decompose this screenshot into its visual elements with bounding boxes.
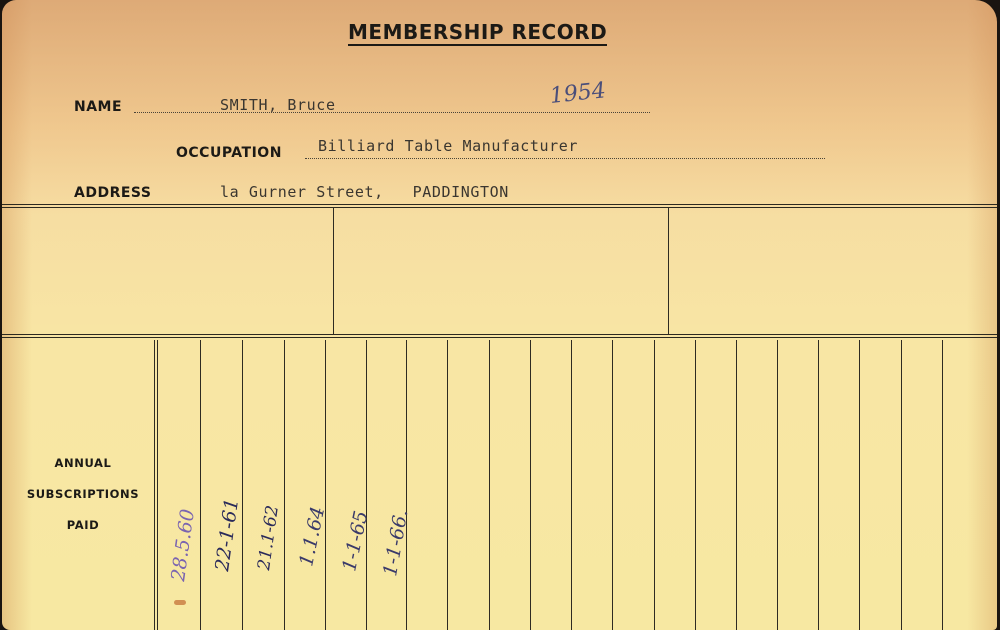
- ink-stain: [174, 600, 186, 605]
- grid-line: [859, 340, 860, 630]
- occupation-dotted-line: [305, 158, 825, 159]
- grid-line: [489, 340, 490, 630]
- grid-line: [901, 340, 902, 630]
- grid-line: [406, 340, 407, 630]
- grid-line: [612, 340, 613, 630]
- name-year-annotation: 1954: [549, 78, 607, 109]
- card-title: MEMBERSHIP RECORD: [348, 20, 607, 46]
- grid-line: [242, 340, 243, 630]
- grid-line-left-double-b: [157, 340, 158, 630]
- grid-line: [200, 340, 201, 630]
- lower-double-rule: [2, 334, 997, 338]
- grid-line: [571, 340, 572, 630]
- occupation-label: OCCUPATION: [176, 145, 282, 161]
- subscriptions-label-paid: PAID: [8, 518, 158, 532]
- grid-line-left-double-a: [154, 340, 155, 630]
- subscription-entry-6: 1-1-66.: [379, 508, 412, 578]
- subscription-entry-3: 21.1-62: [254, 504, 283, 571]
- subscription-entry-5: 1-1-65: [338, 509, 372, 573]
- grid-line: [777, 340, 778, 630]
- address-label: ADDRESS: [74, 185, 151, 201]
- grid-line: [942, 340, 943, 630]
- address-value: la Gurner Street, PADDINGTON: [220, 183, 509, 201]
- grid-line: [654, 340, 655, 630]
- grid-line: [366, 340, 367, 630]
- subscriptions-label-subscriptions: SUBSCRIPTIONS: [8, 487, 158, 501]
- grid-line: [284, 340, 285, 630]
- grid-line: [447, 340, 448, 630]
- occupation-value: Billiard Table Manufacturer: [318, 137, 578, 155]
- name-value: SMITH, Bruce: [220, 96, 336, 114]
- subscriptions-label-annual: ANNUAL: [8, 456, 158, 470]
- grid-line: [818, 340, 819, 630]
- subscription-entry-1: 28.5.60: [167, 508, 199, 583]
- grid-line: [325, 340, 326, 630]
- grid-line: [530, 340, 531, 630]
- grid-line: [736, 340, 737, 630]
- middle-box-divider-2: [668, 208, 669, 334]
- grid-line: [695, 340, 696, 630]
- membership-card: MEMBERSHIP RECORD NAME SMITH, Bruce 1954…: [2, 0, 997, 630]
- name-dotted-line: [134, 112, 650, 113]
- subscription-entry-2: 22-1-61: [211, 497, 243, 573]
- name-label: NAME: [74, 99, 122, 115]
- upper-double-rule: [2, 204, 997, 208]
- middle-box-divider-1: [333, 208, 334, 334]
